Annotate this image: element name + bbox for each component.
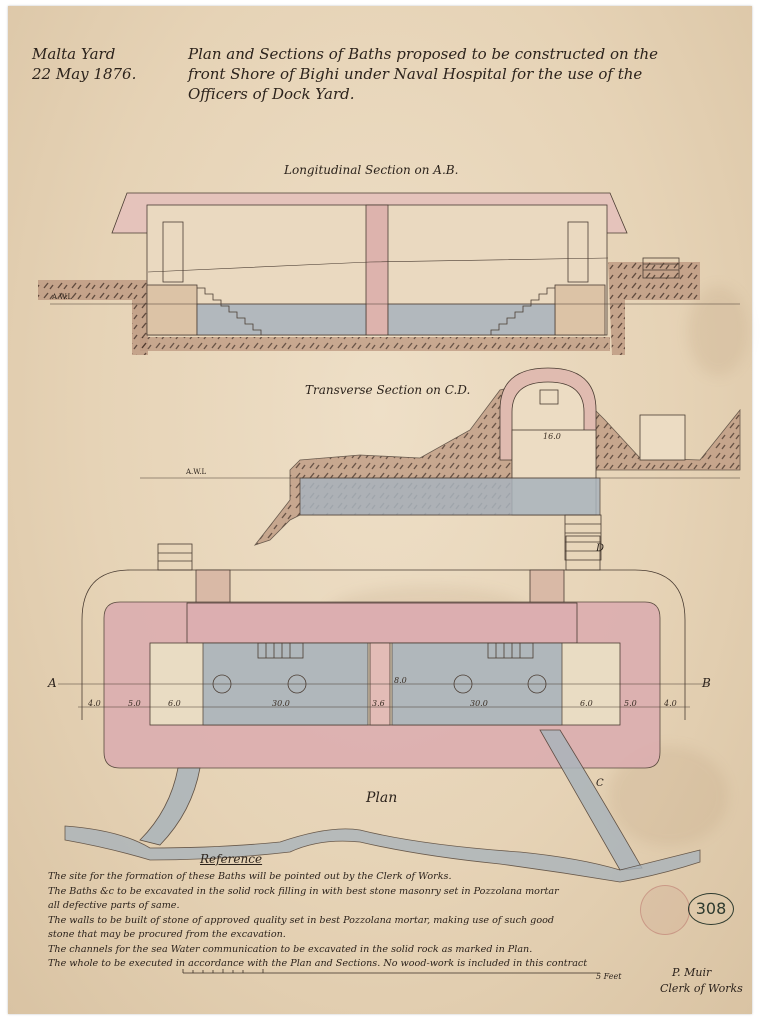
dim-right-2: 6.0 xyxy=(580,699,593,708)
signature-block: P. Muir Clerk of Works xyxy=(660,965,743,997)
dim-right-4: 4.0 xyxy=(664,699,677,708)
reference-line: The whole to be executed in accordance w… xyxy=(48,957,587,972)
plan-drawing xyxy=(58,536,710,882)
signature-role: Clerk of Works xyxy=(660,981,743,997)
reference-line: The Baths &c to be excavated in the soli… xyxy=(48,885,587,900)
reference-title: Reference xyxy=(200,852,262,866)
reference-line: stone that may be procured from the exca… xyxy=(48,928,587,943)
reference-line: The site for the formation of these Bath… xyxy=(48,870,587,885)
scale-label: 5 Feet xyxy=(596,972,621,981)
awl-label-longitudinal: A.W.L xyxy=(52,293,72,301)
dim-left-1: 4.0 xyxy=(88,699,101,708)
dim-right-1: 30.0 xyxy=(470,699,488,708)
reference-line: The channels for the sea Water communica… xyxy=(48,943,587,958)
reference-line: all defective parts of same. xyxy=(48,899,587,914)
awl-label-transverse: A.W.L xyxy=(186,468,206,476)
archive-number-stamp: 308 xyxy=(688,893,734,925)
dim-right-3: 5.0 xyxy=(624,699,637,708)
dim-center: 3.6 xyxy=(372,699,385,708)
longitudinal-section-title: Longitudinal Section on A.B. xyxy=(284,163,458,177)
longitudinal-section xyxy=(38,193,740,355)
plan-title: Plan xyxy=(366,790,397,806)
point-c-label: C xyxy=(596,778,604,789)
faded-seal-stamp xyxy=(640,885,690,935)
signature-name: P. Muir xyxy=(660,965,743,981)
dim-left-2: 5.0 xyxy=(128,699,141,708)
dim-left-4: 30.0 xyxy=(272,699,290,708)
dim-depth: 8.0 xyxy=(394,676,407,685)
transverse-width-dim: 16.0 xyxy=(543,432,561,441)
reference-notes: The site for the formation of these Bath… xyxy=(48,870,587,972)
reference-line: The walls to be built of stone of approv… xyxy=(48,914,587,929)
point-a-label: A xyxy=(48,676,57,690)
transverse-section-title: Transverse Section on C.D. xyxy=(305,383,470,397)
dim-left-3: 6.0 xyxy=(168,699,181,708)
point-d-label: D xyxy=(596,543,604,554)
point-b-label: B xyxy=(702,676,711,690)
